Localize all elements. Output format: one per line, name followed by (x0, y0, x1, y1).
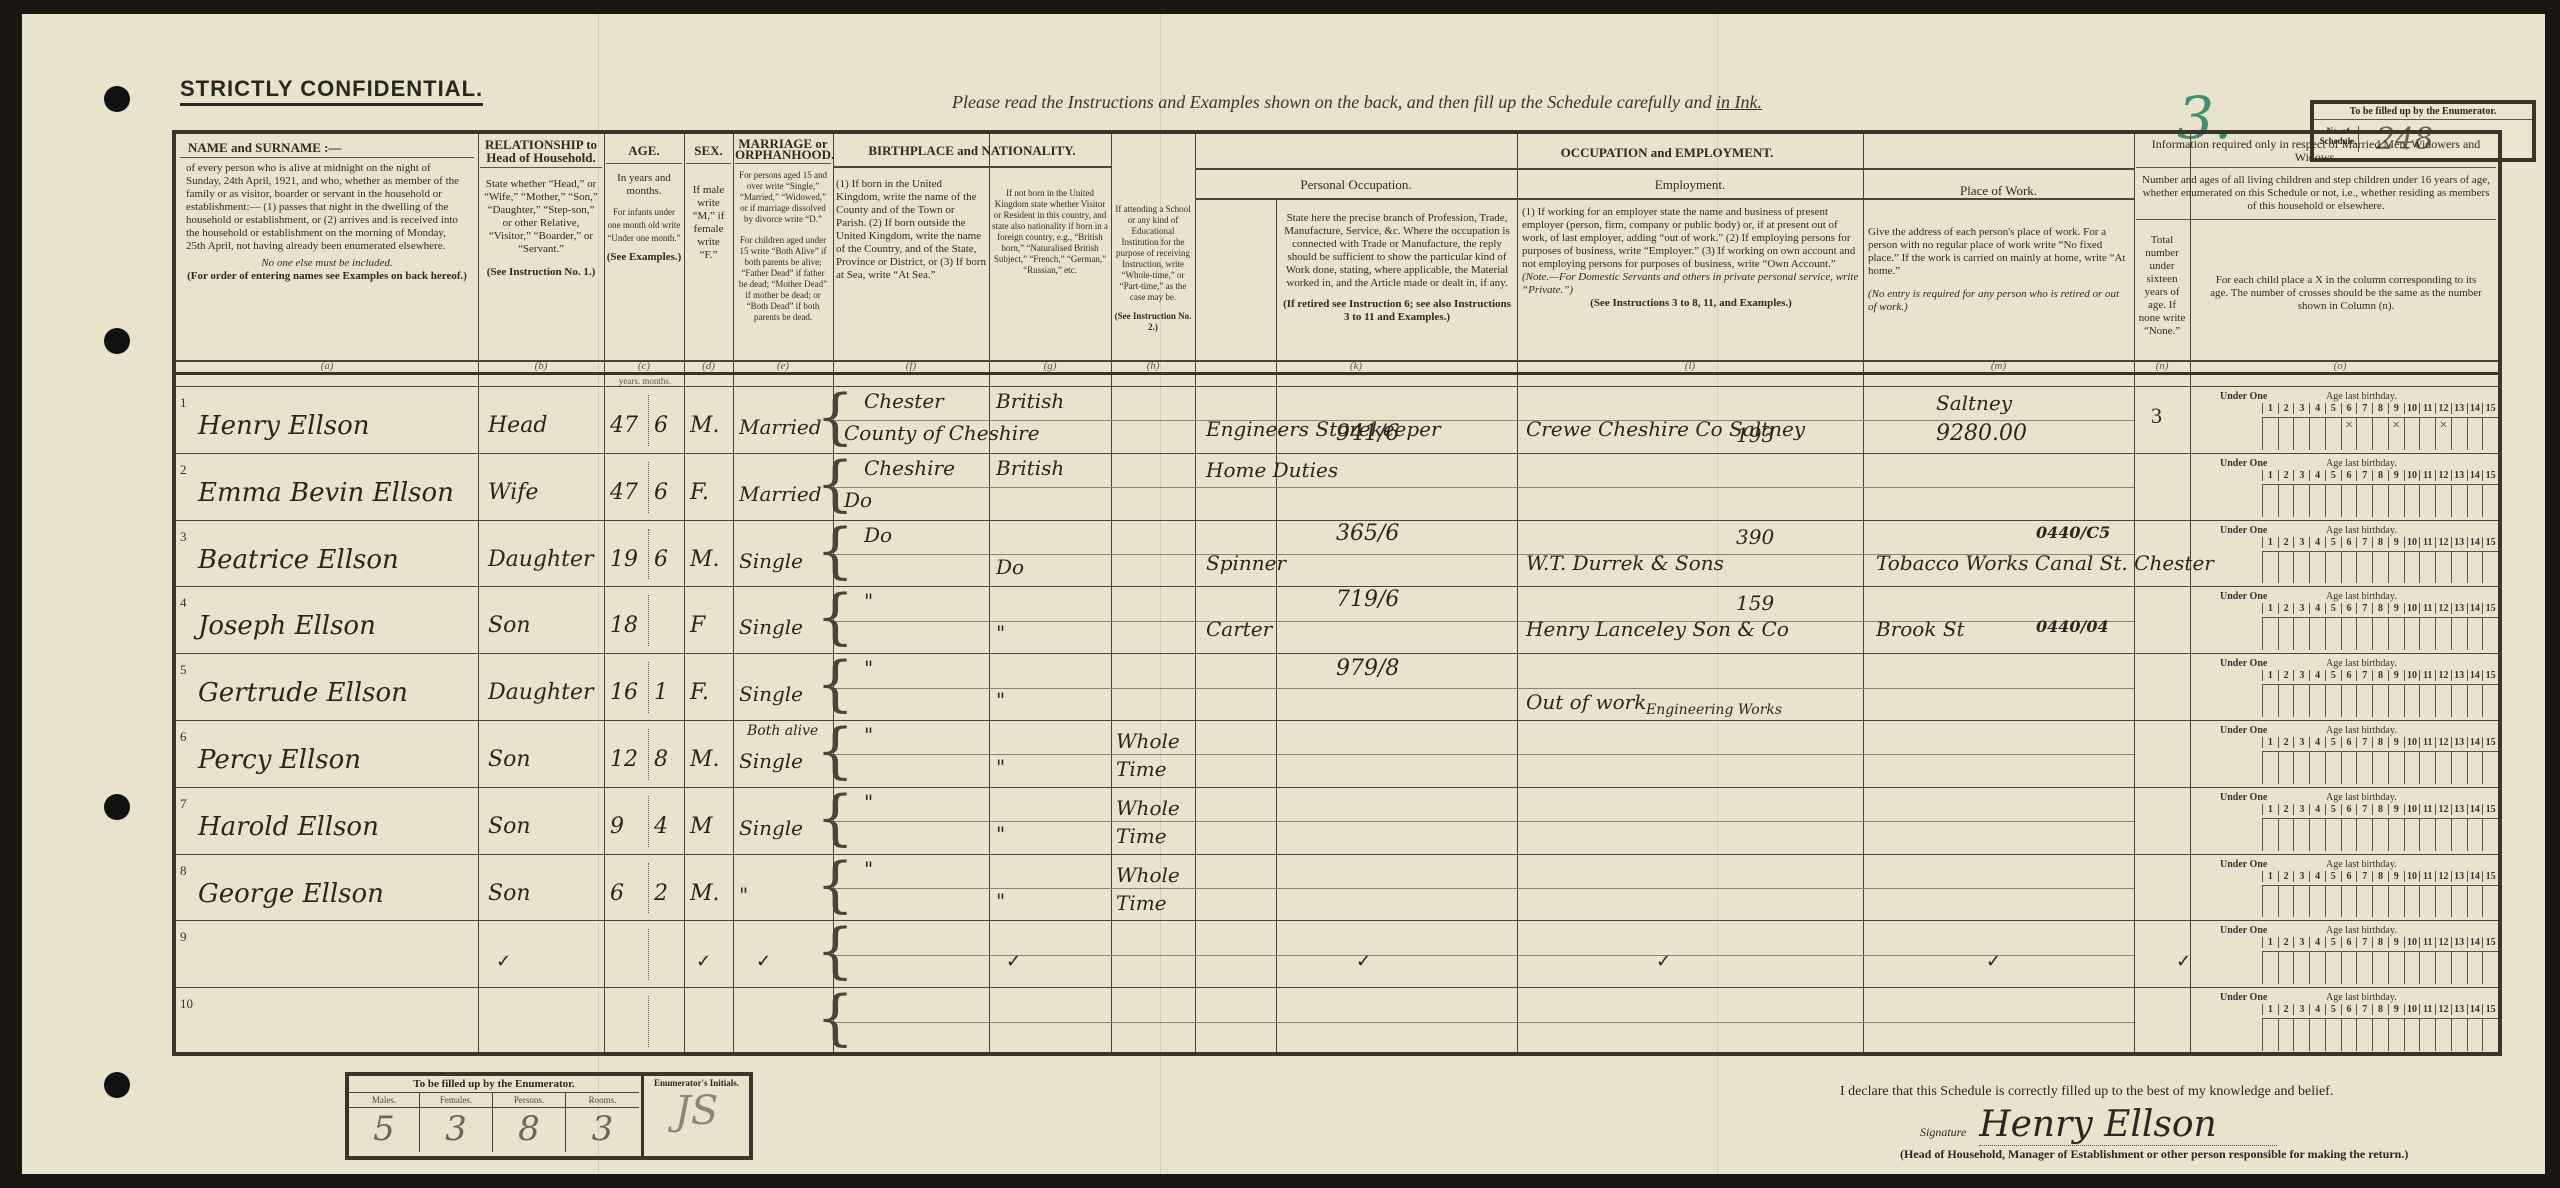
age-box-14[interactable] (2467, 685, 2483, 717)
employer: W.T. Durrek & Sons (1526, 551, 1724, 575)
age-box-5[interactable] (2325, 952, 2341, 984)
age-box-1[interactable] (2262, 685, 2278, 717)
employer: Out of work (1526, 690, 1646, 714)
header-birthplace-uk: (1) If born in the United Kingdom, write… (836, 178, 986, 282)
age-box-14[interactable] (2467, 485, 2483, 517)
age-box-5[interactable] (2325, 752, 2341, 784)
age-box-5[interactable] (2325, 418, 2341, 450)
table-row: 3{Beatrice EllsonDaughter196M.SingleDoDo… (176, 520, 2498, 588)
age-box-7[interactable] (2356, 819, 2372, 851)
age-years: 19 (610, 547, 638, 572)
age-box-15[interactable] (2482, 618, 2498, 650)
table-row: 4{Joseph EllsonSon18FSingle""Carter719/6… (176, 586, 2498, 654)
nationality: " (996, 822, 1005, 846)
age-box-11[interactable] (2419, 1019, 2435, 1051)
age-box-8[interactable] (2372, 1019, 2388, 1051)
age-box-2[interactable] (2278, 552, 2294, 584)
age-box-8[interactable] (2372, 418, 2388, 450)
age-box-15[interactable] (2482, 418, 2498, 450)
child-age-grid: Under OneAge last birthday.1234567891011… (2216, 658, 2498, 717)
table-row: 10{Under OneAge last birthday.1234567891… (176, 987, 2498, 1055)
age-box-1[interactable] (2262, 952, 2278, 984)
age-box-2[interactable] (2278, 886, 2294, 918)
age-box-7[interactable] (2356, 485, 2372, 517)
age-box-4[interactable] (2309, 752, 2325, 784)
age-box-1[interactable] (2262, 1019, 2278, 1051)
age-box-3[interactable] (2293, 752, 2309, 784)
age-box-12[interactable] (2435, 618, 2451, 650)
age-box-1[interactable] (2262, 819, 2278, 851)
birthplace: " (864, 656, 873, 680)
brace-icon: { (816, 988, 854, 1048)
check-mark-icon: ✓ (756, 951, 771, 972)
header-birthplace: BIRTHPLACE and NATIONALITY. (835, 144, 1109, 157)
age-box-3[interactable] (2293, 819, 2309, 851)
age-box-15[interactable] (2482, 485, 2498, 517)
age-years: 47 (610, 480, 638, 505)
age-months: 2 (654, 881, 668, 906)
nationality: Do (996, 555, 1024, 579)
age-box-7[interactable] (2356, 752, 2372, 784)
age-box-9[interactable] (2388, 952, 2404, 984)
relationship: Son (488, 613, 531, 638)
age-box-11[interactable] (2419, 552, 2435, 584)
signature-value: Henry Ellson (1979, 1104, 2277, 1146)
age-box-3[interactable] (2293, 485, 2309, 517)
age-box-10[interactable] (2404, 819, 2420, 851)
age-box-10[interactable] (2404, 685, 2420, 717)
age-box-14[interactable] (2467, 952, 2483, 984)
age-box-7[interactable] (2356, 618, 2372, 650)
age-months: 6 (654, 547, 668, 572)
age-box-13[interactable] (2451, 886, 2467, 918)
age-box-5[interactable] (2325, 1019, 2341, 1051)
age-box-13[interactable] (2451, 552, 2467, 584)
rooms-count: Rooms.3 (566, 1093, 639, 1152)
age-box-8[interactable] (2372, 618, 2388, 650)
table-row: 9{Under OneAge last birthday.12345678910… (176, 920, 2498, 988)
age-box-3[interactable] (2293, 886, 2309, 918)
person-name: Beatrice Ellson (198, 545, 399, 575)
age-box-4[interactable] (2309, 819, 2325, 851)
child-age-grid: Under OneAge last birthday.1234567891011… (2216, 792, 2498, 851)
row-number: 8 (180, 863, 187, 879)
table-row: 7{Harold EllsonSon94MSingle""Whole TimeU… (176, 787, 2498, 855)
relationship: Daughter (488, 547, 594, 572)
age-box-7[interactable] (2356, 418, 2372, 450)
check-mark-icon: ✓ (1356, 951, 1371, 972)
sex: F (690, 613, 705, 638)
age-box-3[interactable] (2293, 552, 2309, 584)
person-name: Percy Ellson (198, 745, 361, 775)
age-box-15[interactable] (2482, 552, 2498, 584)
child-age-grid: Under OneAge last birthday.1234567891011… (2216, 859, 2498, 918)
age-box-10[interactable] (2404, 886, 2420, 918)
in-ink-emphasis: in Ink. (1716, 92, 1762, 112)
age-box-2[interactable] (2278, 1019, 2294, 1051)
punch-hole (104, 86, 130, 112)
header-age: AGE. In years and months. For infants un… (606, 138, 682, 264)
header-marriage: MARRIAGE or ORPHANHOOD. For persons aged… (735, 138, 831, 327)
age-box-9[interactable] (2388, 886, 2404, 918)
age-box-13[interactable] (2451, 752, 2467, 784)
age-box-8[interactable] (2372, 552, 2388, 584)
brace-icon: { (816, 721, 854, 781)
brace-icon: { (816, 654, 854, 714)
check-mark-icon: ✓ (696, 951, 711, 972)
age-box-14[interactable] (2467, 552, 2483, 584)
birthplace: " (864, 723, 873, 747)
age-box-10[interactable] (2404, 485, 2420, 517)
age-box-4[interactable] (2309, 618, 2325, 650)
age-months: 6 (654, 480, 668, 505)
age-box-8[interactable] (2372, 485, 2388, 517)
age-box-9[interactable]: × (2388, 418, 2404, 450)
sex: M. (690, 547, 720, 572)
brace-icon: { (816, 855, 854, 915)
employer-note: Engineering Works (1646, 702, 1782, 718)
age-box-14[interactable] (2467, 752, 2483, 784)
page-title: STRICTLY CONFIDENTIAL. (180, 76, 483, 106)
age-box-12[interactable] (2435, 819, 2451, 851)
age-box-12[interactable] (2435, 1019, 2451, 1051)
age-box-4[interactable] (2309, 485, 2325, 517)
age-box-5[interactable] (2325, 819, 2341, 851)
row-number: 1 (180, 395, 187, 411)
age-box-14[interactable] (2467, 618, 2483, 650)
row-number: 9 (180, 929, 187, 945)
occupation-code: 365/6 (1336, 521, 1399, 546)
age-box-4[interactable] (2309, 685, 2325, 717)
age-box-13[interactable] (2451, 685, 2467, 717)
age-box-12[interactable] (2435, 752, 2451, 784)
age-box-3[interactable] (2293, 418, 2309, 450)
age-box-11[interactable] (2419, 618, 2435, 650)
age-box-6[interactable] (2341, 485, 2357, 517)
signature-line: Signature Henry Ellson (1920, 1104, 2480, 1145)
check-mark-icon: ✓ (1006, 951, 1021, 972)
age-box-6[interactable] (2341, 552, 2357, 584)
age-box-14[interactable] (2467, 886, 2483, 918)
relationship: Daughter (488, 680, 594, 705)
birthplace: " (864, 857, 873, 881)
table-row: 8{George EllsonSon62M."""Whole TimeUnder… (176, 854, 2498, 922)
age-years: 16 (610, 680, 638, 705)
age-box-10[interactable] (2404, 418, 2420, 450)
table-row: 5{Gertrude EllsonDaughter161F.Single""97… (176, 653, 2498, 721)
personal-occupation: Home Duties (1206, 458, 1338, 482)
age-box-4[interactable] (2309, 952, 2325, 984)
age-box-4[interactable] (2309, 552, 2325, 584)
brace-icon: { (816, 921, 854, 981)
child-age-grid: Under OneAge last birthday.1234567891011… (2216, 992, 2498, 1051)
row-number: 3 (180, 529, 187, 545)
personal-occupation: Spinner (1206, 551, 1286, 575)
age-box-1[interactable] (2262, 418, 2278, 450)
table-row: 1{Henry EllsonHead476M.MarriedChesterCou… (176, 386, 2498, 454)
age-box-2[interactable] (2278, 819, 2294, 851)
age-box-15[interactable] (2482, 952, 2498, 984)
declaration: I declare that this Schedule is correctl… (1840, 1084, 2480, 1162)
birthplace: Cheshire (864, 456, 955, 480)
header-name: NAME and SURNAME :— of every person who … (180, 138, 474, 283)
relationship: Wife (488, 480, 538, 505)
age-years: 12 (610, 747, 638, 772)
age-box-5[interactable] (2325, 485, 2341, 517)
age-box-9[interactable] (2388, 1019, 2404, 1051)
age-box-2[interactable] (2278, 752, 2294, 784)
nationality: " (996, 889, 1005, 913)
age-box-5[interactable] (2325, 618, 2341, 650)
row-number: 10 (180, 996, 193, 1012)
place-of-work-code: 9280.00 (1936, 421, 2027, 446)
age-box-4[interactable] (2309, 886, 2325, 918)
child-age-grid: Under OneAge last birthday.1234567891011… (2216, 458, 2498, 517)
person-name: George Ellson (198, 879, 384, 909)
row-number: 4 (180, 595, 187, 611)
age-box-12[interactable] (2435, 886, 2451, 918)
age-box-12[interactable] (2435, 685, 2451, 717)
age-years: 9 (610, 814, 624, 839)
row-number: 7 (180, 796, 187, 812)
age-box-14[interactable] (2467, 819, 2483, 851)
child-age-grid: Under OneAge last birthday.1234567891011… (2216, 391, 2498, 450)
occupation-code: 979/8 (1336, 656, 1399, 681)
age-box-6[interactable] (2341, 752, 2357, 784)
age-box-6[interactable] (2341, 1019, 2357, 1051)
header-occupation-body: State here the precise branch of Profess… (1280, 212, 1514, 324)
age-box-12[interactable]: × (2435, 418, 2451, 450)
age-box-10[interactable] (2404, 752, 2420, 784)
sex: M. (690, 413, 720, 438)
person-name: Henry Ellson (198, 411, 370, 441)
age-box-9[interactable] (2388, 485, 2404, 517)
relationship: Son (488, 814, 531, 839)
age-box-13[interactable] (2451, 1019, 2467, 1051)
age-box-4[interactable] (2309, 418, 2325, 450)
household-table: NAME and SURNAME :— of every person who … (172, 130, 2502, 1056)
employer-code: 159 (1736, 591, 1774, 615)
age-box-9[interactable] (2388, 685, 2404, 717)
table-row: 2{Emma Bevin EllsonWife476F.MarriedChesh… (176, 453, 2498, 521)
age-box-9[interactable] (2388, 618, 2404, 650)
age-box-12[interactable] (2435, 952, 2451, 984)
header-employment: Employment. (1519, 178, 1861, 191)
header-nationality: If not born in the United Kingdom state … (992, 188, 1108, 276)
punch-hole (104, 794, 130, 820)
age-box-7[interactable] (2356, 1019, 2372, 1051)
age-box-9[interactable] (2388, 819, 2404, 851)
females-count: Females.3 (420, 1093, 493, 1152)
age-box-6[interactable] (2341, 685, 2357, 717)
age-box-11[interactable] (2419, 485, 2435, 517)
age-box-2[interactable] (2278, 685, 2294, 717)
person-name: Gertrude Ellson (198, 678, 408, 708)
age-box-9[interactable] (2388, 552, 2404, 584)
age-box-11[interactable] (2419, 685, 2435, 717)
age-box-1[interactable] (2262, 886, 2278, 918)
brace-icon: { (816, 788, 854, 848)
check-mark-icon: ✓ (2176, 951, 2191, 972)
person-name: Joseph Ellson (198, 611, 376, 641)
age-box-2[interactable] (2278, 418, 2294, 450)
age-box-8[interactable] (2372, 886, 2388, 918)
age-box-10[interactable] (2404, 618, 2420, 650)
age-box-8[interactable] (2372, 819, 2388, 851)
age-box-8[interactable] (2372, 952, 2388, 984)
row-number: 2 (180, 462, 187, 478)
nationality: British (996, 389, 1064, 413)
header-place-of-work-body: Give the address of each person's place … (1868, 226, 2130, 314)
punch-hole (104, 328, 130, 354)
age-box-6[interactable]: × (2341, 418, 2357, 450)
age-box-11[interactable] (2419, 418, 2435, 450)
age-box-13[interactable] (2451, 618, 2467, 650)
age-months: 8 (654, 747, 668, 772)
age-box-1[interactable] (2262, 618, 2278, 650)
marital-status: Single (739, 749, 803, 773)
birthplace: Do (864, 523, 892, 547)
header-child-ages: For each child place a X in the column c… (2206, 274, 2486, 313)
marital-status: " (739, 883, 748, 907)
age-months: 4 (654, 814, 668, 839)
place-of-work-code: 0440/04 (2036, 617, 2109, 636)
age-box-13[interactable] (2451, 485, 2467, 517)
header-total-children: Total number under sixteen years of age.… (2136, 234, 2188, 338)
punch-hole (104, 1072, 130, 1098)
check-mark-icon: ✓ (1986, 951, 2001, 972)
age-months: 6 (654, 413, 668, 438)
child-age-grid: Under OneAge last birthday.1234567891011… (2216, 591, 2498, 650)
age-box-3[interactable] (2293, 685, 2309, 717)
age-box-8[interactable] (2372, 752, 2388, 784)
marital-status: Single (739, 549, 803, 573)
age-box-10[interactable] (2404, 552, 2420, 584)
age-box-8[interactable] (2372, 685, 2388, 717)
child-age-grid: Under OneAge last birthday.1234567891011… (2216, 925, 2498, 984)
relationship: Head (488, 413, 547, 438)
table-row: 6{Percy EllsonSon128M.SingleBoth alive""… (176, 720, 2498, 788)
age-box-2[interactable] (2278, 952, 2294, 984)
occupation-code: 941/6 (1336, 421, 1399, 446)
header-relationship: RELATIONSHIP to Head of Household. State… (480, 138, 602, 279)
age-box-6[interactable] (2341, 886, 2357, 918)
age-box-2[interactable] (2278, 485, 2294, 517)
nationality: British (996, 456, 1064, 480)
age-box-3[interactable] (2293, 618, 2309, 650)
birthplace: Chester (864, 389, 944, 413)
age-box-2[interactable] (2278, 618, 2294, 650)
age-box-7[interactable] (2356, 685, 2372, 717)
age-box-14[interactable] (2467, 418, 2483, 450)
age-box-3[interactable] (2293, 1019, 2309, 1051)
place-of-work: Brook St (1876, 617, 1965, 641)
age-box-15[interactable] (2482, 752, 2498, 784)
age-box-5[interactable] (2325, 552, 2341, 584)
age-box-5[interactable] (2325, 886, 2341, 918)
age-box-1[interactable] (2262, 485, 2278, 517)
age-box-15[interactable] (2482, 819, 2498, 851)
persons-count: Persons.8 (493, 1093, 566, 1152)
age-box-9[interactable] (2388, 752, 2404, 784)
age-box-3[interactable] (2293, 952, 2309, 984)
person-name: Harold Ellson (198, 812, 379, 842)
header-sex: SEX. If male write “M,” if female write … (686, 138, 731, 282)
age-box-7[interactable] (2356, 552, 2372, 584)
marital-status: Single (739, 615, 803, 639)
age-box-6[interactable] (2341, 618, 2357, 650)
age-years: 18 (610, 613, 638, 638)
age-box-5[interactable] (2325, 685, 2341, 717)
age-box-12[interactable] (2435, 485, 2451, 517)
marital-status: Married (739, 415, 822, 439)
age-box-11[interactable] (2419, 952, 2435, 984)
header-employment-body: (1) If working for an employer state the… (1522, 206, 1860, 310)
age-box-6[interactable] (2341, 952, 2357, 984)
age-box-10[interactable] (2404, 1019, 2420, 1051)
age-box-11[interactable] (2419, 819, 2435, 851)
marital-status: Married (739, 482, 822, 506)
age-box-1[interactable] (2262, 752, 2278, 784)
row-number: 6 (180, 729, 187, 745)
person-name: Emma Bevin Ellson (198, 478, 454, 508)
child-age-grid: Under OneAge last birthday.1234567891011… (2216, 725, 2498, 784)
age-box-13[interactable] (2451, 819, 2467, 851)
age-box-7[interactable] (2356, 952, 2372, 984)
age-box-6[interactable] (2341, 819, 2357, 851)
age-box-10[interactable] (2404, 952, 2420, 984)
sex: F. (690, 480, 709, 505)
employer-code: 193 (1736, 423, 1774, 447)
sex: M. (690, 881, 720, 906)
age-box-12[interactable] (2435, 552, 2451, 584)
enumerator-initials: Enumerator's Initials.JS (641, 1076, 749, 1156)
enumerator-summary-box: To be filled up by the Enumerator. Males… (345, 1072, 753, 1160)
age-box-13[interactable] (2451, 418, 2467, 450)
birthplace-county: Do (844, 488, 872, 512)
age-box-15[interactable] (2482, 1019, 2498, 1051)
employer-code: 390 (1736, 525, 1774, 549)
age-box-15[interactable] (2482, 886, 2498, 918)
birthplace-county: County of Cheshire (844, 421, 1040, 445)
age-box-14[interactable] (2467, 1019, 2483, 1051)
employer: Henry Lanceley Son & Co (1526, 617, 1789, 641)
age-box-1[interactable] (2262, 552, 2278, 584)
check-mark-icon: ✓ (1656, 951, 1671, 972)
place-of-work: Tobacco Works Canal St. Chester (1876, 551, 2214, 575)
ink-instruction: Please read the Instructions and Example… (952, 92, 1762, 113)
header-place-of-work: Place of Work. (1865, 184, 2132, 197)
relationship: Son (488, 881, 531, 906)
header-children: Information required only in respect of … (2136, 138, 2496, 220)
age-box-4[interactable] (2309, 1019, 2325, 1051)
brace-icon: { (816, 521, 854, 581)
age-box-11[interactable] (2419, 752, 2435, 784)
place-of-work-code: 0440/C5 (2036, 523, 2110, 542)
nationality: " (996, 688, 1005, 712)
row-number: 5 (180, 662, 187, 678)
age-box-13[interactable] (2451, 952, 2467, 984)
age-box-15[interactable] (2482, 685, 2498, 717)
children-total: 3 (2151, 403, 2162, 429)
age-years: 6 (610, 881, 624, 906)
age-months: 1 (654, 680, 668, 705)
age-box-7[interactable] (2356, 886, 2372, 918)
age-box-11[interactable] (2419, 886, 2435, 918)
personal-occupation: Engineers Storekeeper (1206, 417, 1441, 441)
education: Whole Time (1116, 727, 1186, 783)
place-of-work: Saltney (1936, 391, 2012, 415)
